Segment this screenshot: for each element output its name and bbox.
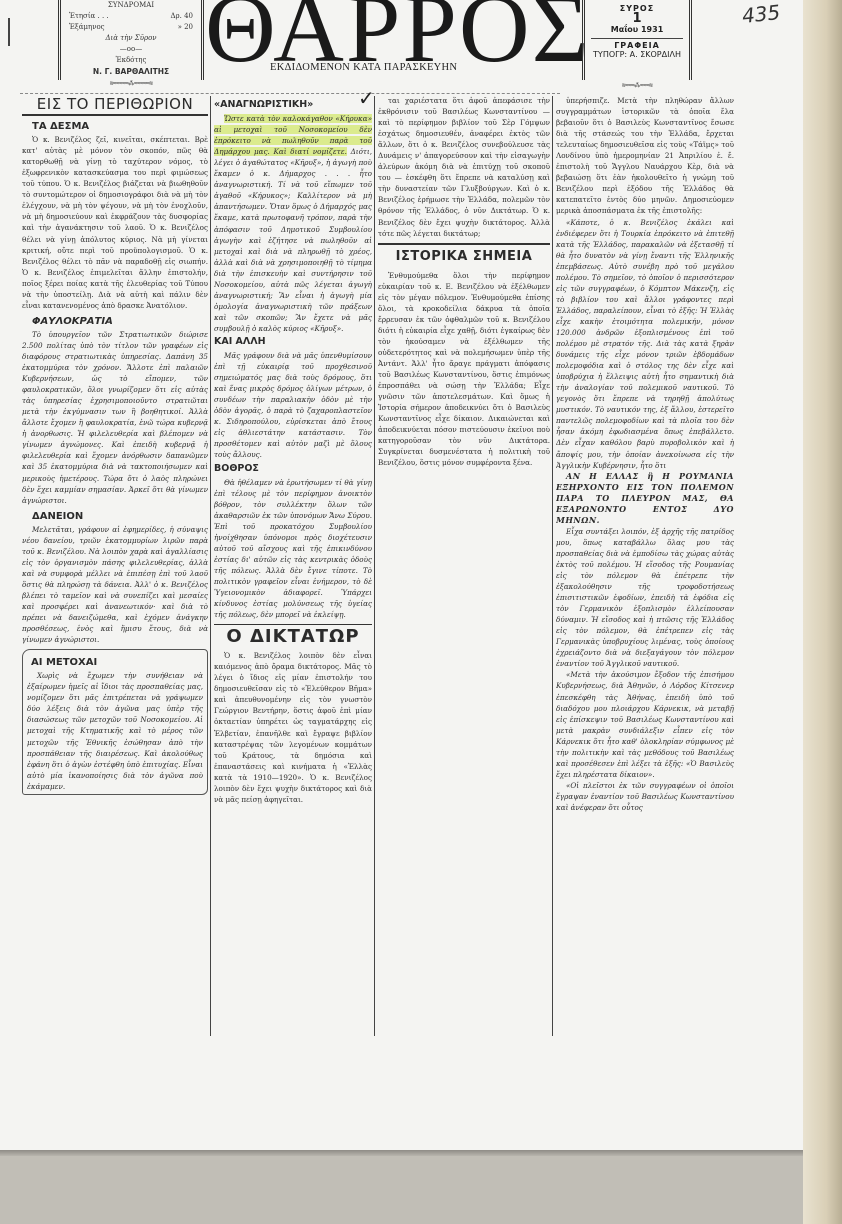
article-text: «Κάποτε, ὁ κ. Βενιζέλος ἐκάλει καὶ ἐνδιέ…	[556, 217, 734, 471]
column-3: ται χαριέστατα ὅτι ἀφοῦ ἀπεφάσισε τὴν ἐκ…	[378, 95, 550, 1040]
subscription-place: Διὰ τὴν Σῦρον	[61, 33, 201, 44]
article-text: Ὥστε κατὰ τὸν καλοκάγαθον «Κήρυκα» αἱ με…	[214, 113, 372, 334]
article-text: «Μετὰ τὴν ἀκούσιμον ἔξοδον τῆς ἐπισήμου …	[556, 669, 734, 779]
article-text: Ἐνθυμούμεθα ὅλοι τὴν περίφημον εὐκαιρίαν…	[378, 270, 550, 469]
article-text: Ὁ κ. Βενιζέλος ζεῖ, κινεῖται, σκέπτεται.…	[22, 134, 208, 311]
publisher-name: Ν. Γ. ΒΑΡΘΑΛΙΤΗΣ	[61, 66, 201, 77]
subscription-row-annual: Ἐτησία . . . Δρ. 40	[61, 11, 201, 22]
boxed-article: ΑΙ ΜΕΤΟΧΑΙ Χωρὶς νὰ ἔχωμεν τὴν συνήθειαν…	[22, 649, 208, 795]
column-4: ὑπερήσπιζε. Μετὰ τὴν πληθώραν ἄλλων συγγ…	[556, 95, 734, 1040]
section-heading: ΚΑΙ ΑΛΛΗ	[214, 336, 372, 347]
section-heading: ΑΙ ΜΕΤΟΧΑΙ	[31, 657, 203, 668]
section-heading: ΤΑ ΔΕΣΜΑ	[32, 121, 208, 132]
article-text: Μελετᾶται, γράφουν αἱ ἐφημερίδες, ἡ σύνα…	[22, 524, 208, 646]
article-text: Μᾶς γράφουν διὰ νὰ μᾶς ὑπενθυμίσουν ἐπὶ …	[214, 350, 372, 460]
column-divider	[210, 96, 211, 1036]
issue-day: 1	[585, 13, 689, 25]
article-text: ται χαριέστατα ὅτι ἀφοῦ ἀπεφάσισε τὴν ἐκ…	[378, 95, 550, 239]
publisher-label: Ἐκδότης	[61, 55, 201, 66]
column-2: «ΑΝΑΓΝΩΡΙΣΤΙΚΗ» Ὥστε κατὰ τὸν καλοκάγαθο…	[214, 95, 372, 1040]
article-text: ὑπερήσπιζε. Μετὰ τὴν πληθώραν ἄλλων συγγ…	[556, 95, 734, 217]
section-heading: ΦΑΥΛΟΚΡΑΤΙΑ	[32, 316, 208, 327]
section-heading: «ΑΝΑΓΝΩΡΙΣΤΙΚΗ»	[214, 99, 372, 110]
column-header: ΕΙΣ ΤΟ ΠΕΡΙΘΩΡΙΟΝ	[22, 95, 208, 116]
section-heading: ΙΣΤΟΡΙΚΑ ΣΗΜΕΙΑ	[378, 243, 550, 266]
issue-date: Μαΐου 1931	[585, 25, 689, 34]
article-text: Χωρὶς νὰ ἔχωμεν τὴν συνήθειαν νὰ ἐξαίρωμ…	[27, 670, 203, 792]
printer: ΤΥΠΟΓΡ: Α. ΣΚΟΡΔΙΛΗ	[585, 50, 689, 59]
row-label: Ἑξάμηνος	[69, 22, 105, 33]
row-value: Δρ. 40	[170, 11, 193, 22]
section-heading: Ο ΔΙΚΤΑΤΩΡ	[214, 624, 372, 646]
separator: —oo—	[61, 44, 201, 55]
row-label: Ἐτησία . . .	[69, 11, 109, 22]
newspaper-page: ΣΥΝΔΡΟΜΑΙ Ἐτησία . . . Δρ. 40 Ἑξάμηνος »…	[0, 0, 803, 1150]
row-value: » 20	[178, 22, 193, 33]
column-divider	[552, 96, 553, 1036]
handwritten-number: 435	[741, 0, 781, 28]
binding-edge	[803, 0, 842, 1224]
margin-mark	[8, 18, 10, 46]
subscription-row-semiannual: Ἑξάμηνος » 20	[61, 22, 201, 33]
column-divider	[374, 96, 375, 1036]
section-heading: ΔΑΝΕΙΟΝ	[32, 511, 208, 522]
ornament: ≋≈≈≈⁂≈≈≈≋	[585, 82, 689, 89]
newspaper-subtitle: ΕΚΔΙΔΟΜΕΝΟΝ ΚΑΤΑ ΠΑΡΑΣΚΕΥΗΝ	[270, 62, 457, 73]
date-box: ΣΥΡΟΣ 1 Μαΐου 1931 ΓΡΑΦΕΙΑ ΤΥΠΟΓΡ: Α. ΣΚ…	[582, 0, 692, 80]
offices-label: ΓΡΑΦΕΙΑ	[585, 41, 689, 50]
article-text-cont: Διότι, λέγει ὁ ἀγαθώτατος «Κῆρυξ», ἡ ἀγω…	[214, 147, 372, 333]
article-text: «Οἱ πλεῖστοι ἐκ τῶν συγγραφέων οἱ ὁποῖοι…	[556, 780, 734, 813]
article-text: Ὁ κ. Βενιζέλος λοιπὸν δὲν εἶναι καιόμενο…	[214, 650, 372, 805]
underlying-surface	[0, 1156, 842, 1224]
masthead-rule	[20, 93, 560, 94]
divider	[591, 38, 683, 39]
article-text: Τὸ ὑπουργεῖον τῶν Στρατιωτικῶν διώρισε 2…	[22, 329, 208, 506]
highlighted-text: Ὥστε κατὰ τὸν καλοκάγαθον «Κήρυκα» αἱ με…	[214, 114, 372, 156]
column-1: ΕΙΣ ΤΟ ΠΕΡΙΘΩΡΙΟΝ ΤΑ ΔΕΣΜΑ Ὁ κ. Βενιζέλο…	[22, 95, 208, 1040]
masthead: ΣΥΝΔΡΟΜΑΙ Ἐτησία . . . Δρ. 40 Ἑξάμηνος »…	[50, 0, 770, 92]
subscription-box: ΣΥΝΔΡΟΜΑΙ Ἐτησία . . . Δρ. 40 Ἑξάμηνος »…	[58, 0, 204, 80]
ornament: ≋≈≈≈≈≈⁂≈≈≈≈≈≋	[61, 78, 201, 89]
section-heading: ΒΟΘΡΟΣ	[214, 463, 372, 474]
article-text: Εἶχα συντάξει λοιπόν, ἐξ ἀρχῆς τῆς πατρί…	[556, 526, 734, 670]
emphasized-text: ΑΝ Η ΕΛΛΑΣ ἢ Η ΡΟΥΜΑΝΙΑ ΕΞΗΡΧΟΝΤΟ ΕΙΣ ΤΟ…	[556, 471, 734, 526]
subscription-heading: ΣΥΝΔΡΟΜΑΙ	[61, 0, 201, 11]
article-text: Θὰ ἠθέλαμεν νὰ ἐρωτήσωμεν τί θὰ γίνῃ ἐπὶ…	[214, 477, 372, 621]
